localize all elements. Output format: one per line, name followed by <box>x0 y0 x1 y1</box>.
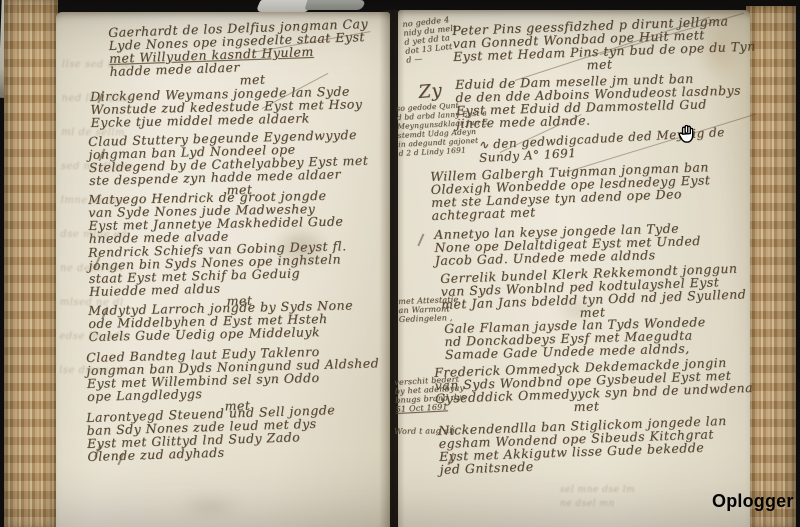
entry-right-4: Annetyo lan keyse jongede lan TydeNone o… <box>434 221 701 267</box>
margin-note-right-5: met Attestatiean WarmontGedingelen , <box>398 295 459 324</box>
manuscript-line: ml de sellm <box>61 116 134 151</box>
manuscript-line: llse sed mne <box>62 48 135 83</box>
margin-initial-zy: Zy <box>418 84 443 99</box>
manuscript-line: Zy <box>418 84 443 99</box>
entry-right-6: Gale Flaman jaysde lan Tyds Wondedend Do… <box>444 315 707 361</box>
manuscript-line: ne dsel mn <box>560 497 635 511</box>
bleedthrough-ghost-right: sel mne dse lmne dsel mn <box>560 483 635 511</box>
manuscript-line: ne delm sel <box>60 252 133 287</box>
document-canvas[interactable]: Gaerhardt de los Delfius jongman Cay Lyd… <box>0 0 800 527</box>
manuscript-line: sel mne dse lm <box>560 483 635 497</box>
open-hand-cursor-icon <box>676 123 698 145</box>
oplogger-watermark: Oplogger <box>712 491 794 512</box>
entry-right-8: Nickendendlla ban Stiglickom jongede lan… <box>438 414 728 476</box>
entry-right-7: Frederick Ommedyck Dekdemackde jonginvan… <box>434 355 738 418</box>
manuscript-line: dse mlne ed <box>60 218 133 253</box>
entry-right-1: Peter Pins geessfidzhed p dirunt jellgma… <box>452 14 746 76</box>
margin-note-right-7: verschit bedertby het adenbyaybnugs bran… <box>394 374 466 414</box>
manuscript-line: sed ne dlmse <box>61 150 134 185</box>
entry-right-2: Eduid de Dam meselle jm undt bande den d… <box>455 71 742 130</box>
manuscript-line: mlsed ne dl <box>60 286 133 321</box>
entry-left-1: Gaerhardt de los Delfius jongman Cay Lyd… <box>108 16 395 91</box>
margin-note-right-top: no gedde 4nidy du meltd yet dd tadot 13 … <box>402 14 460 64</box>
manuscript-line: lmne de lse <box>61 184 134 219</box>
margin-note-right-zy: so gedode Quntd bd arbd lanny Eyst aMeyn… <box>396 99 489 158</box>
margin-slash <box>417 234 424 247</box>
bleedthrough-ghost-left: llse sed mnened llse dmeml de sellmsed n… <box>59 48 134 389</box>
manuscript-line: lse dmne el <box>59 354 132 389</box>
manuscript-line: edse lm nde <box>59 320 132 355</box>
handwriting-layer: Gaerhardt de los Delfius jongman Cay Lyd… <box>0 0 800 527</box>
